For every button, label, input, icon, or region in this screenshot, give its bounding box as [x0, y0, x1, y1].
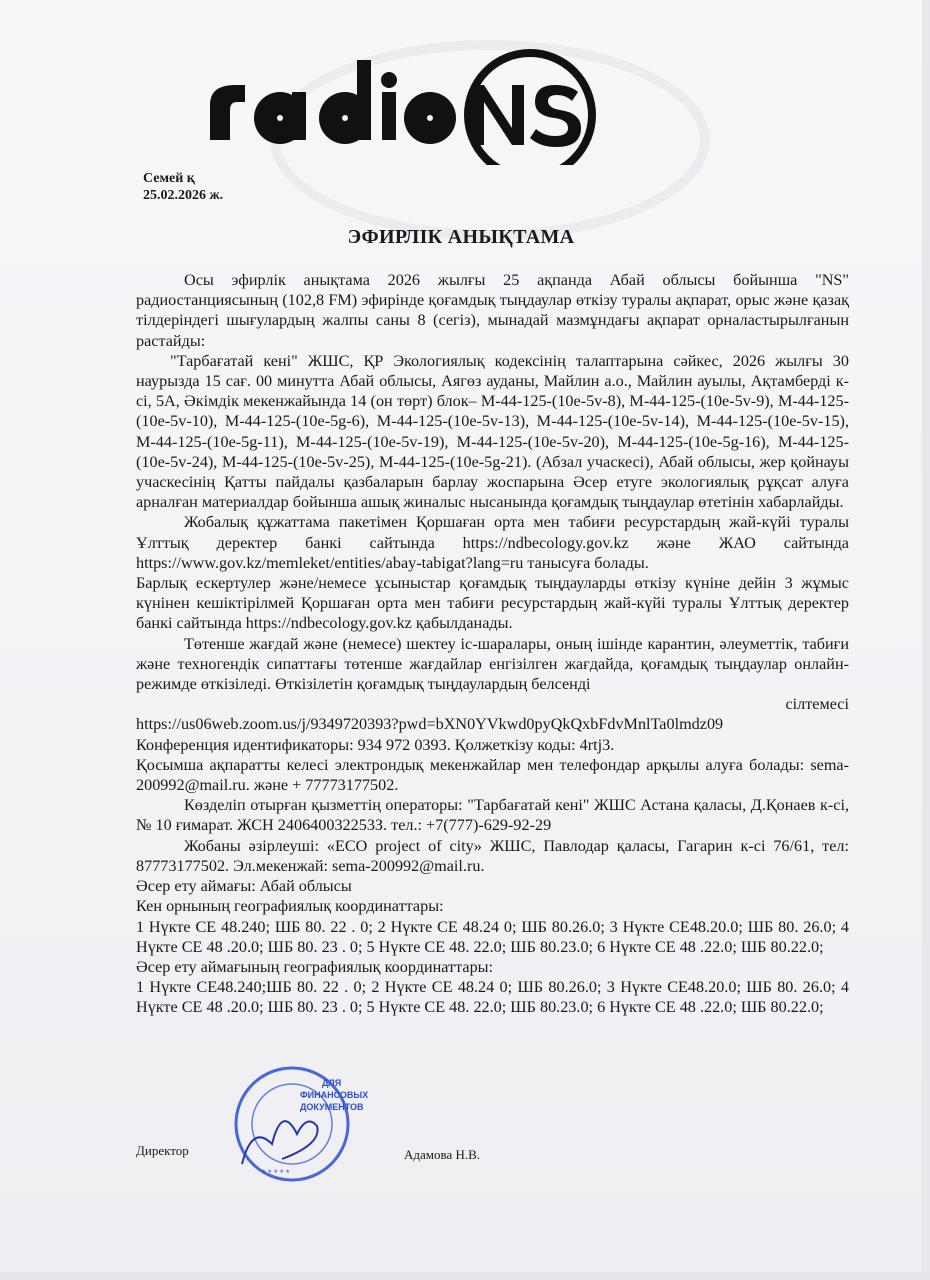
radio-ns-logo [200, 30, 700, 165]
conference-info: Конференция идентификаторы: 934 972 0393… [136, 735, 849, 755]
impact-area: Әсер ету аймағы: Абай облысы [136, 876, 849, 896]
comments-paragraph: Барлық ескертулер және/немесе ұсыныстар … [136, 573, 849, 634]
document-title: ЭФИРЛІК АНЫҚТАМА [0, 226, 922, 249]
director-label: Директор [136, 1143, 189, 1159]
svg-text:ДОКУМЕНТОВ: ДОКУМЕНТОВ [300, 1102, 364, 1112]
impact-coords-title: Әсер ету аймағының географиялық координа… [136, 957, 849, 977]
svg-text:* * * * *: * * * * * [262, 1168, 290, 1178]
operator-paragraph: Көзделіп отырған қызметтің операторы: "Т… [136, 795, 849, 835]
impact-coords: 1 Нүкте СЕ48.240;ШБ 80. 22 . 0; 2 Нүкте … [136, 977, 849, 1017]
scan-edge-right [922, 0, 930, 1280]
emergency-paragraph: Төтенше жағдай және (немесе) шектеу іс-ш… [136, 634, 849, 695]
documents-paragraph: Жобалық құжаттама пакетімен Қоршаған орт… [136, 512, 849, 573]
developer-paragraph: Жобаны әзірлеуші: «ECO project of city» … [136, 836, 849, 876]
announcement-paragraph: "Тарбағатай кені" ЖШС, ҚР Экологиялық ко… [136, 351, 849, 513]
signer-name: Адамова Н.В. [404, 1147, 480, 1163]
scan-edge-bottom [0, 1272, 930, 1280]
deposit-coords-title: Кен орнының географиялық координаттары: [136, 896, 849, 916]
city: Семей қ [143, 170, 223, 187]
link-label: сілтемесі [136, 694, 849, 714]
place-and-date: Семей қ 25.02.2026 ж. [143, 170, 223, 204]
zoom-link[interactable]: https://us06web.zoom.us/j/9349720393?pwd… [136, 714, 849, 734]
date: 25.02.2026 ж. [143, 187, 223, 204]
svg-text:ФИНАНСОВЫХ: ФИНАНСОВЫХ [300, 1090, 368, 1100]
contacts-paragraph: Қосымша ақпаратты келесі электрондық мек… [136, 755, 849, 795]
svg-text:ДЛЯ: ДЛЯ [322, 1078, 341, 1088]
deposit-coords: 1 Нүкте СЕ 48.240; ШБ 80. 22 . 0; 2 Нүкт… [136, 917, 849, 957]
intro-paragraph: Осы эфирлік анықтама 2026 жылғы 25 ақпан… [136, 270, 849, 351]
document-page: Семей қ 25.02.2026 ж. ЭФИРЛІК АНЫҚТАМА О… [0, 0, 922, 1272]
document-body: Осы эфирлік анықтама 2026 жылғы 25 ақпан… [136, 270, 849, 1018]
official-stamp-icon: ДЛЯ ФИНАНСОВЫХ ДОКУМЕНТОВ * * * * * [222, 1064, 392, 1184]
